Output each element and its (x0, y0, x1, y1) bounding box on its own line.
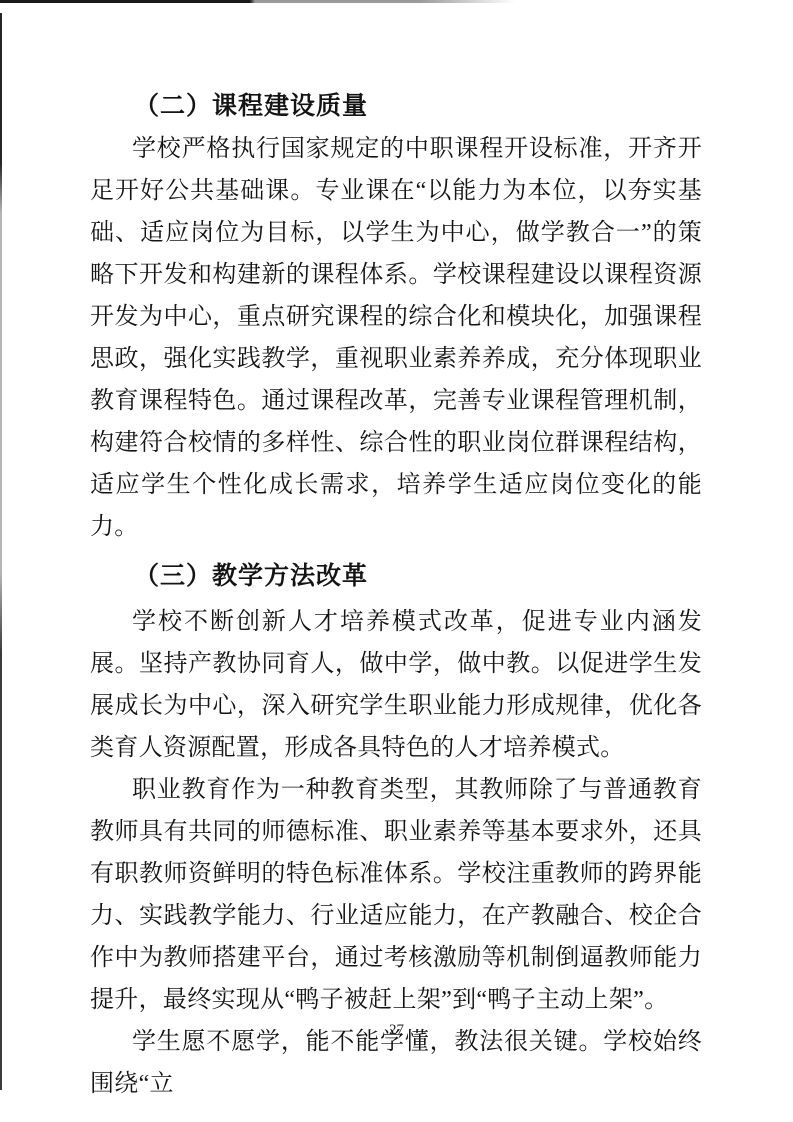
paragraph-teacher-standards: 职业教育作为一种教育类型，其教师除了与普通教育教师具有共同的师德标准、职业素养等… (90, 769, 702, 1021)
paragraph-training-model: 学校不断创新人才培养模式改革，促进专业内涵发展。坚持产教协同育人，做中学，做中教… (90, 601, 702, 769)
page-body: （二）课程建设质量 学校严格执行国家规定的中职课程开设标准，开齐开足开好公共基础… (90, 86, 702, 1105)
paragraph-course-quality: 学校严格执行国家规定的中职课程开设标准，开齐开足开好公共基础课。专业课在“以能力… (90, 128, 702, 548)
scan-artifact-top-edge (0, 0, 520, 3)
section-heading-course-quality: （二）课程建设质量 (90, 86, 702, 128)
section-heading-teaching-reform: （三）教学方法改革 (90, 556, 702, 598)
page-number: 27 (0, 1022, 793, 1039)
document-page: （二）课程建设质量 学校严格执行国家规定的中职课程开设标准，开齐开足开好公共基础… (0, 0, 793, 1122)
scan-artifact-left-edge (0, 13, 2, 1090)
